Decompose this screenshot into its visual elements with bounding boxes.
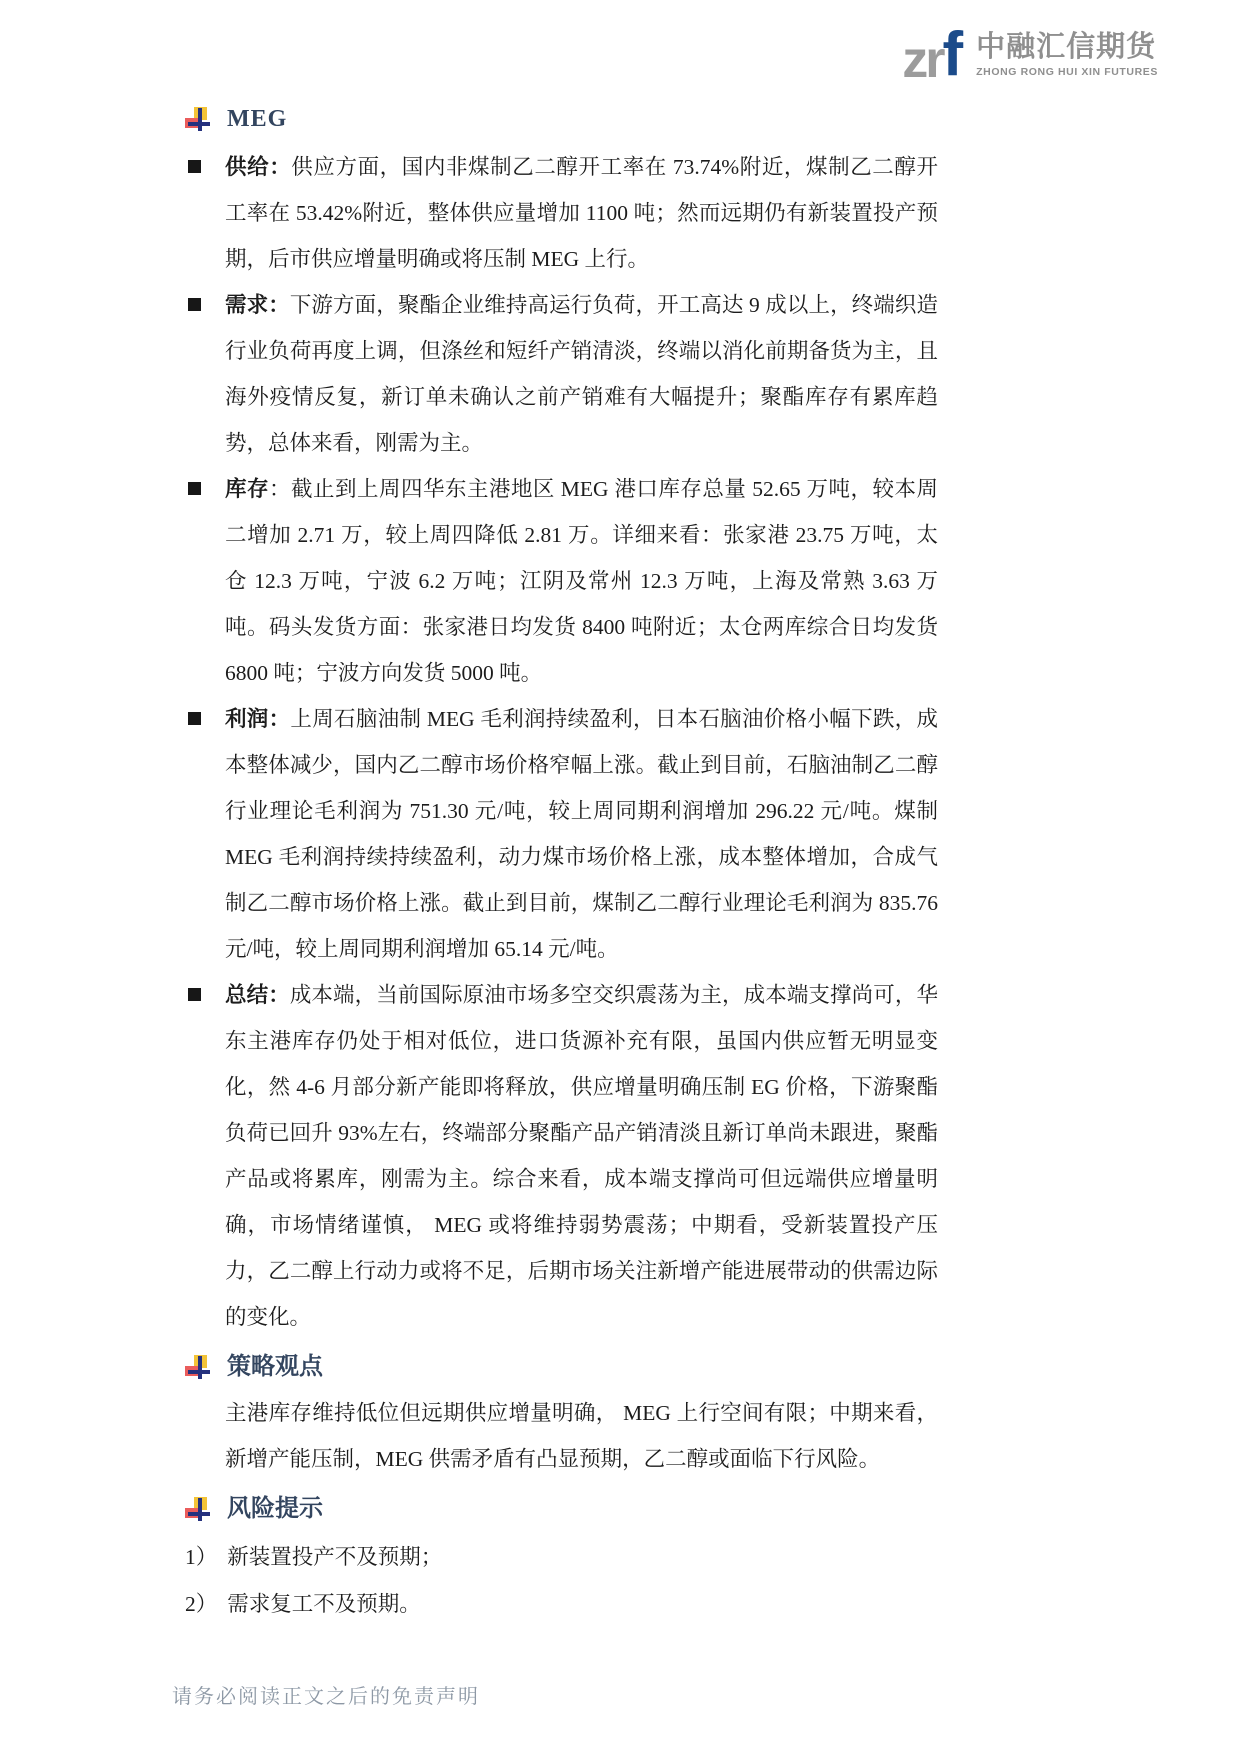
company-name-cn: 中融汇信期货 <box>976 32 1158 64</box>
risk-item-number: 2） <box>185 1581 217 1628</box>
flag-bullet-icon <box>185 106 210 132</box>
flag-bullet-icon <box>185 1354 210 1380</box>
risk-item-number: 1） <box>185 1534 217 1581</box>
list-item-supply: 供给：供应方面，国内非煤制乙二醇开工率在 73.74%附近，煤制乙二醇开工率在 … <box>185 144 938 282</box>
list-item-profit: 利润：上周石脑油制 MEG 毛利润持续盈利，日本石脑油价格小幅下跌，成本整体减少… <box>185 696 938 972</box>
square-bullet-icon <box>188 298 201 311</box>
company-logo: zrf 中融汇信期货 ZHONG RONG HUI XIN FUTURES <box>902 24 1158 86</box>
bullet-text: 成本端，当前国际原油市场多空交织震荡为主，成本端支撑尚可，华东主港库存仍处于相对… <box>225 983 938 1329</box>
list-item-inventory: 库存：截止到上周四华东主港地区 MEG 港口库存总量 52.65 万吨，较本周二… <box>185 466 938 696</box>
risk-item: 2）需求复工不及预期。 <box>185 1581 938 1628</box>
bullet-text: 供应方面，国内非煤制乙二醇开工率在 73.74%附近，煤制乙二醇开工率在 53.… <box>225 155 938 271</box>
bullet-text: 下游方面，聚酯企业维持高运行负荷，开工高达 9 成以上，终端织造行业负荷再度上调… <box>225 293 938 455</box>
strategy-paragraph: 主港库存维持低位但远期供应增量明确， MEG 上行空间有限；中期来看，新增产能压… <box>225 1390 938 1482</box>
bullet-label: 库存 <box>225 477 269 501</box>
bullet-label: 总结： <box>225 983 290 1007</box>
section-header-risk: 风险提示 <box>185 1486 938 1532</box>
square-bullet-icon <box>188 712 201 725</box>
meg-bullet-list: 供给：供应方面，国内非煤制乙二醇开工率在 73.74%附近，煤制乙二醇开工率在 … <box>185 144 938 1340</box>
report-body: MEG 供给：供应方面，国内非煤制乙二醇开工率在 73.74%附近，煤制乙二醇开… <box>185 96 938 1628</box>
flag-bullet-icon <box>185 1496 210 1522</box>
bullet-label: 利润： <box>225 707 290 731</box>
square-bullet-icon <box>188 988 201 1001</box>
risk-list: 1）新装置投产不及预期； 2）需求复工不及预期。 <box>185 1534 938 1628</box>
risk-item: 1）新装置投产不及预期； <box>185 1534 938 1581</box>
logo-f-text: f <box>942 24 960 86</box>
risk-item-text: 需求复工不及预期。 <box>227 1592 421 1616</box>
footer-disclaimer: 请务必阅读正文之后的免责声明 <box>172 1680 480 1709</box>
square-bullet-icon <box>188 482 201 495</box>
list-item-summary: 总结：成本端，当前国际原油市场多空交织震荡为主，成本端支撑尚可，华东主港库存仍处… <box>185 972 938 1340</box>
logo-names: 中融汇信期货 ZHONG RONG HUI XIN FUTURES <box>976 32 1158 78</box>
square-bullet-icon <box>188 160 201 173</box>
logo-zr-text: zr <box>902 34 942 86</box>
company-name-en: ZHONG RONG HUI XIN FUTURES <box>976 66 1158 78</box>
section-title-strategy: 策略观点 <box>227 1355 323 1379</box>
list-item-demand: 需求：下游方面，聚酯企业维持高运行负荷，开工高达 9 成以上，终端织造行业负荷再… <box>185 282 938 466</box>
report-page: zrf 中融汇信期货 ZHONG RONG HUI XIN FUTURES ME… <box>0 0 1240 1753</box>
bullet-label: 供给： <box>225 155 291 179</box>
logo-zrf-mark: zrf <box>902 24 960 86</box>
bullet-text: 上周石脑油制 MEG 毛利润持续盈利，日本石脑油价格小幅下跌，成本整体减少，国内… <box>225 707 938 961</box>
risk-item-text: 新装置投产不及预期； <box>227 1545 442 1569</box>
bullet-label: 需求： <box>225 293 290 317</box>
section-header-meg: MEG <box>185 96 938 142</box>
bullet-text: ：截止到上周四华东主港地区 MEG 港口库存总量 52.65 万吨，较本周二增加… <box>225 477 938 685</box>
section-title-risk: 风险提示 <box>227 1497 323 1521</box>
section-title-meg: MEG <box>227 107 287 131</box>
section-header-strategy: 策略观点 <box>185 1344 938 1390</box>
